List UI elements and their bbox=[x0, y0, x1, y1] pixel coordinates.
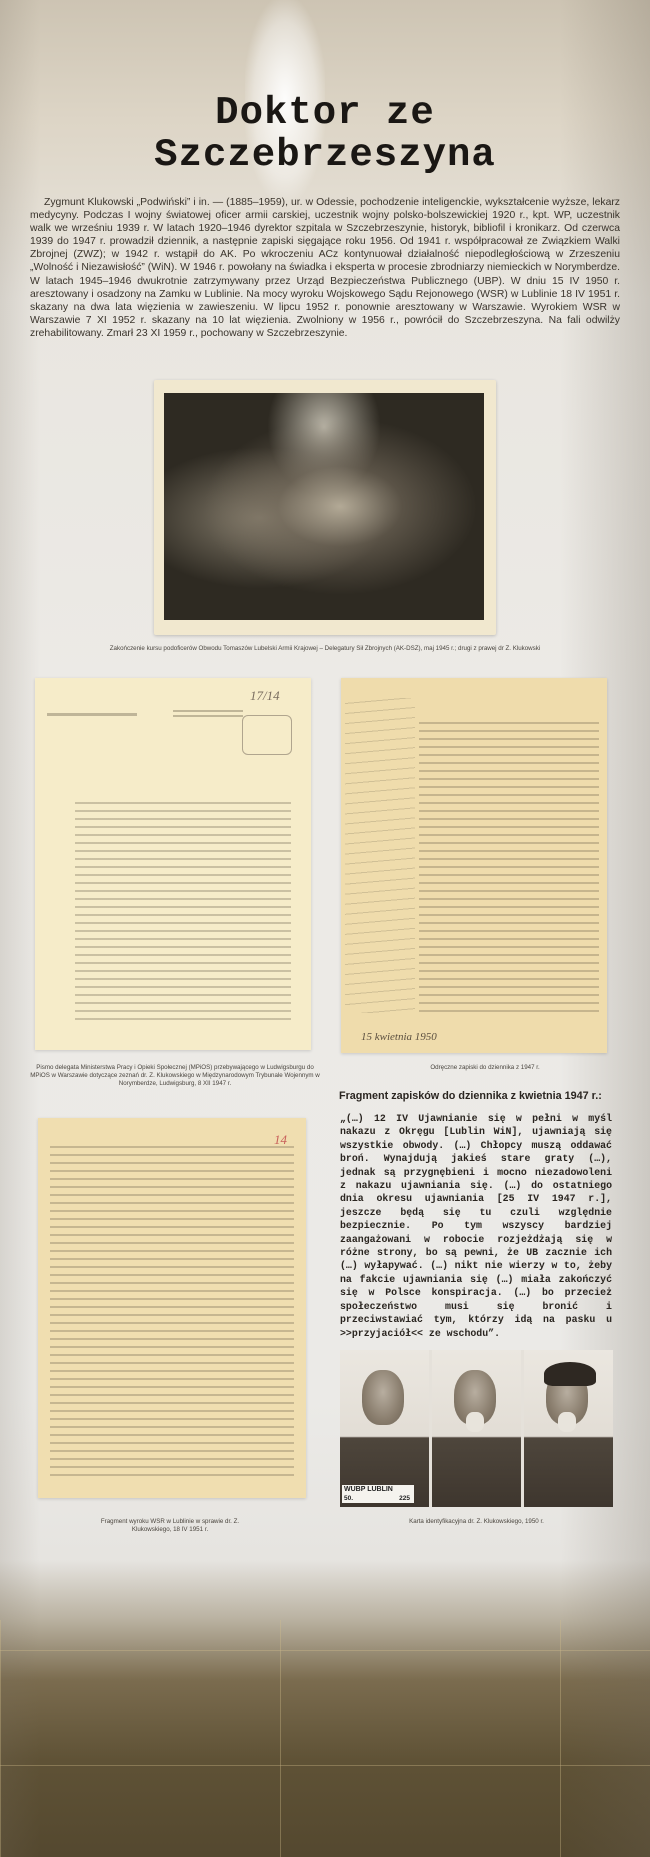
diary-handwritten-margin bbox=[345, 698, 415, 1013]
diary-caption: Odręczne zapiski do dziennika z 1947 r. bbox=[360, 1064, 610, 1072]
letter-address-lines bbox=[173, 710, 243, 719]
letter-document-image: 17/14 bbox=[35, 678, 311, 1050]
group-photo-image bbox=[164, 393, 484, 620]
verdict-document-image: 14 bbox=[38, 1118, 306, 1498]
id-card-caption: Karta identyfikacyjna dr. Z. Klukowskieg… bbox=[340, 1518, 613, 1526]
group-photo-caption: Zakończenie kursu podoficerów Obwodu Tom… bbox=[60, 645, 590, 653]
id-plate-year: 50. bbox=[344, 1494, 353, 1503]
id-plate-label: WUBP LUBLIN bbox=[344, 1485, 414, 1494]
cap-hat bbox=[544, 1362, 596, 1386]
group-photo bbox=[154, 380, 496, 635]
quote-text: „(…) 12 IV Ujawnianie się w pełni w myśl… bbox=[340, 1112, 612, 1340]
diary-signature: 15 kwietnia 1950 bbox=[361, 1031, 437, 1043]
verdict-caption: Fragment wyroku WSR w Lublinie w sprawie… bbox=[95, 1518, 245, 1534]
letter-caption: Pismo delegata Ministerstwa Pracy i Opie… bbox=[30, 1064, 320, 1088]
page-title: Doktor ze Szczebrzeszyna bbox=[0, 92, 650, 176]
background-floor-tiles bbox=[0, 1620, 650, 1857]
verdict-typed-lines bbox=[50, 1142, 294, 1478]
letter-annotation: 17/14 bbox=[250, 688, 280, 704]
diary-typed-lines bbox=[419, 718, 599, 1013]
biography-text: Zygmunt Klukowski „Podwiński” i in. — (1… bbox=[30, 196, 620, 340]
letter-typed-lines bbox=[75, 798, 291, 1020]
id-plate: WUBP LUBLIN 50. 225 bbox=[342, 1485, 414, 1503]
id-plate-number: 225 bbox=[399, 1494, 410, 1503]
id-card-photos: WUBP LUBLIN 50. 225 bbox=[340, 1350, 613, 1507]
letter-stamp bbox=[242, 715, 292, 755]
id-photo-profile: WUBP LUBLIN 50. 225 bbox=[340, 1350, 429, 1507]
id-photo-front bbox=[432, 1350, 521, 1507]
cap-beard bbox=[558, 1412, 576, 1432]
front-beard bbox=[466, 1412, 484, 1432]
quote-heading: Fragment zapisków do dziennika z kwietni… bbox=[339, 1090, 629, 1102]
diary-document-image: 15 kwietnia 1950 bbox=[341, 678, 607, 1053]
letter-header-line bbox=[47, 713, 137, 716]
id-photo-cap bbox=[524, 1350, 613, 1507]
profile-head bbox=[362, 1370, 404, 1425]
title-line-2: Szczebrzeszyna bbox=[154, 133, 496, 177]
title-line-1: Doktor ze bbox=[215, 91, 435, 135]
